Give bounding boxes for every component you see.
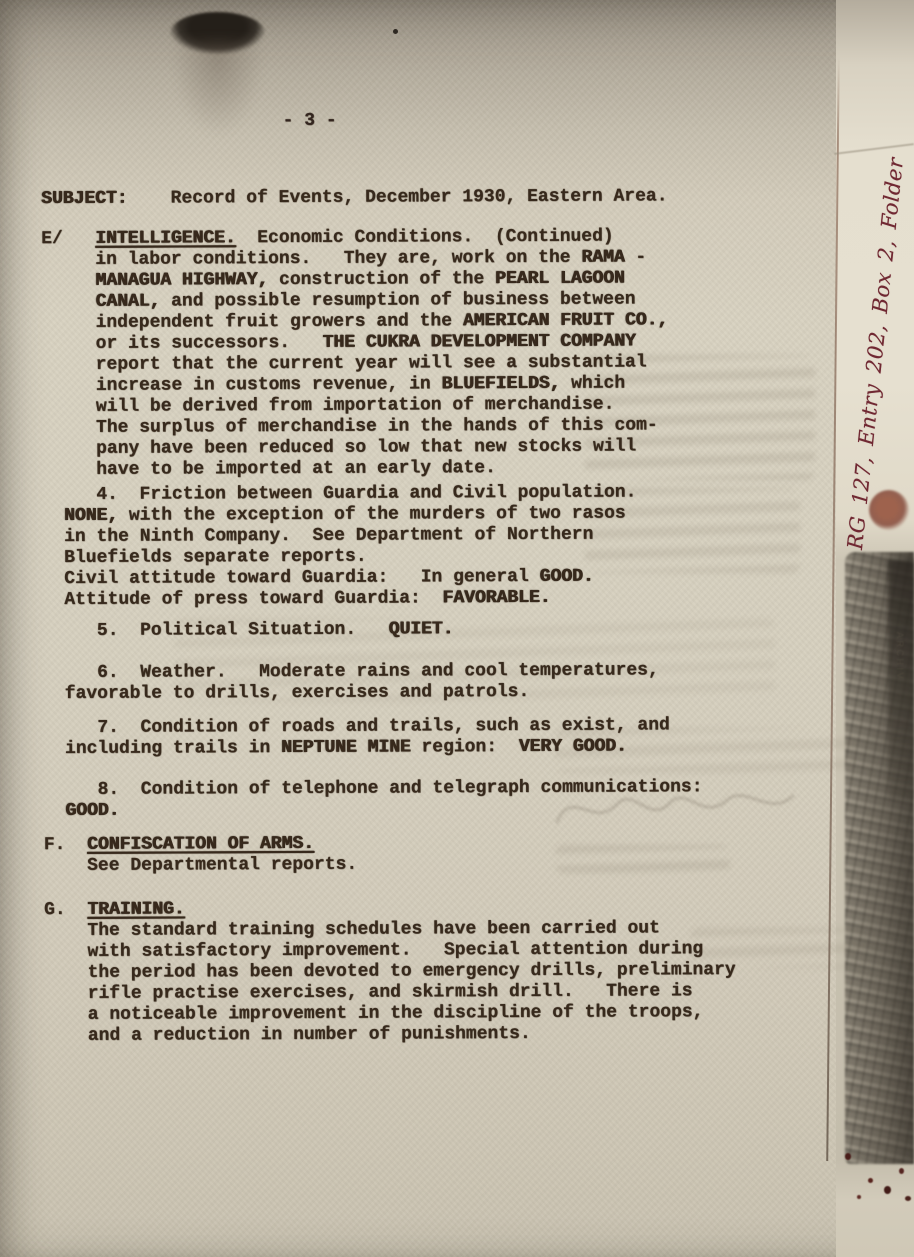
typed-line: or its successors. THE CUKRA DEVELOPMENT…	[42, 331, 669, 355]
typed-line: 6. Weather. Moderate rains and cool temp…	[43, 660, 659, 684]
typed-line: 8. Condition of telephone and telegraph …	[44, 777, 703, 801]
paragraph-paraG: G. TRAINING. The standard training sched…	[44, 897, 736, 1047]
typed-line: a noticeable improvement in the discipli…	[45, 1002, 736, 1026]
typed-line: G. TRAINING.	[44, 897, 735, 921]
typed-line: Attitude of press toward Guardia: FAVORA…	[43, 587, 637, 611]
typed-line: GOOD.	[44, 798, 703, 822]
paragraph-item6: 6. Weather. Moderate rains and cool temp…	[43, 660, 659, 705]
paragraph-paraF: F. CONFISCATION OF ARMS. See Departmenta…	[44, 834, 357, 877]
typed-line: pany have been reduced so low that new s…	[42, 436, 669, 460]
typed-line: have to be imported at an early date.	[42, 457, 669, 481]
paragraph-item4: 4. Friction between Guardia and Civil po…	[42, 482, 637, 611]
typed-line: NONE, with the exception of the murders …	[42, 503, 636, 527]
page-number: - 3 -	[283, 111, 337, 132]
typed-line: MANAGUA HIGHWAY, construction of the PEA…	[41, 268, 668, 292]
edge-print-text: ARCHIV	[895, 632, 905, 681]
typed-line: independent fruit growers and the AMERIC…	[41, 310, 668, 334]
typed-line: in the Ninth Company. See Department of …	[42, 524, 636, 548]
paragraph-item5: 5. Political Situation. QUIET.	[43, 619, 454, 642]
typed-line: will be derived from importation of merc…	[42, 394, 669, 418]
typed-line: The surplus of merchandise in the hands …	[42, 415, 669, 439]
typed-line: 4. Friction between Guardia and Civil po…	[42, 482, 636, 506]
typed-line: F. CONFISCATION OF ARMS.	[44, 834, 357, 856]
typed-line: CANAL, and possible resumption of busine…	[41, 289, 668, 313]
paragraph-item7: 7. Condition of roads and trails, such a…	[43, 715, 670, 760]
typed-line: SUBJECT: Record of Events, December 1930…	[41, 186, 668, 210]
typed-line: increase in customs revenue, in BLUEFIEL…	[42, 373, 669, 397]
typed-line: and a reduction in number of punishments…	[45, 1023, 736, 1047]
typed-line: 5. Political Situation. QUIET.	[43, 619, 454, 642]
typed-line: report that the current year will see a …	[42, 352, 669, 376]
typed-line: rifle practise exercises, and skirmish d…	[44, 981, 735, 1005]
paragraph-item8: 8. Condition of telephone and telegraph …	[44, 777, 703, 822]
typed-line: in labor conditions. They are, work on t…	[41, 247, 668, 271]
typed-line: Civil attitude toward Guardia: In genera…	[43, 566, 637, 590]
typed-line: 7. Condition of roads and trails, such a…	[43, 715, 670, 739]
paragraph-paraE: E/ INTELLIGENCE. Economic Conditions. (C…	[41, 226, 669, 481]
typed-line: Bluefields separate reports.	[43, 545, 637, 569]
typed-document-text: - 3 - SUBJECT: Record of Events, Decembe…	[0, 0, 914, 1257]
paragraph-subject: SUBJECT: Record of Events, December 1930…	[41, 186, 668, 210]
typed-line: the period has been devoted to emergency…	[44, 960, 735, 984]
typed-line: E/ INTELLIGENCE. Economic Conditions. (C…	[41, 226, 668, 250]
typed-line: favorable to drills, exercises and patro…	[43, 681, 659, 705]
typed-line: See Departmental reports.	[44, 855, 357, 877]
typed-line: including trails in NEPTUNE MINE region:…	[43, 736, 670, 760]
typed-line: with satisfactory improvement. Special a…	[44, 939, 735, 963]
typed-line: The standard training schedules have bee…	[44, 918, 735, 942]
